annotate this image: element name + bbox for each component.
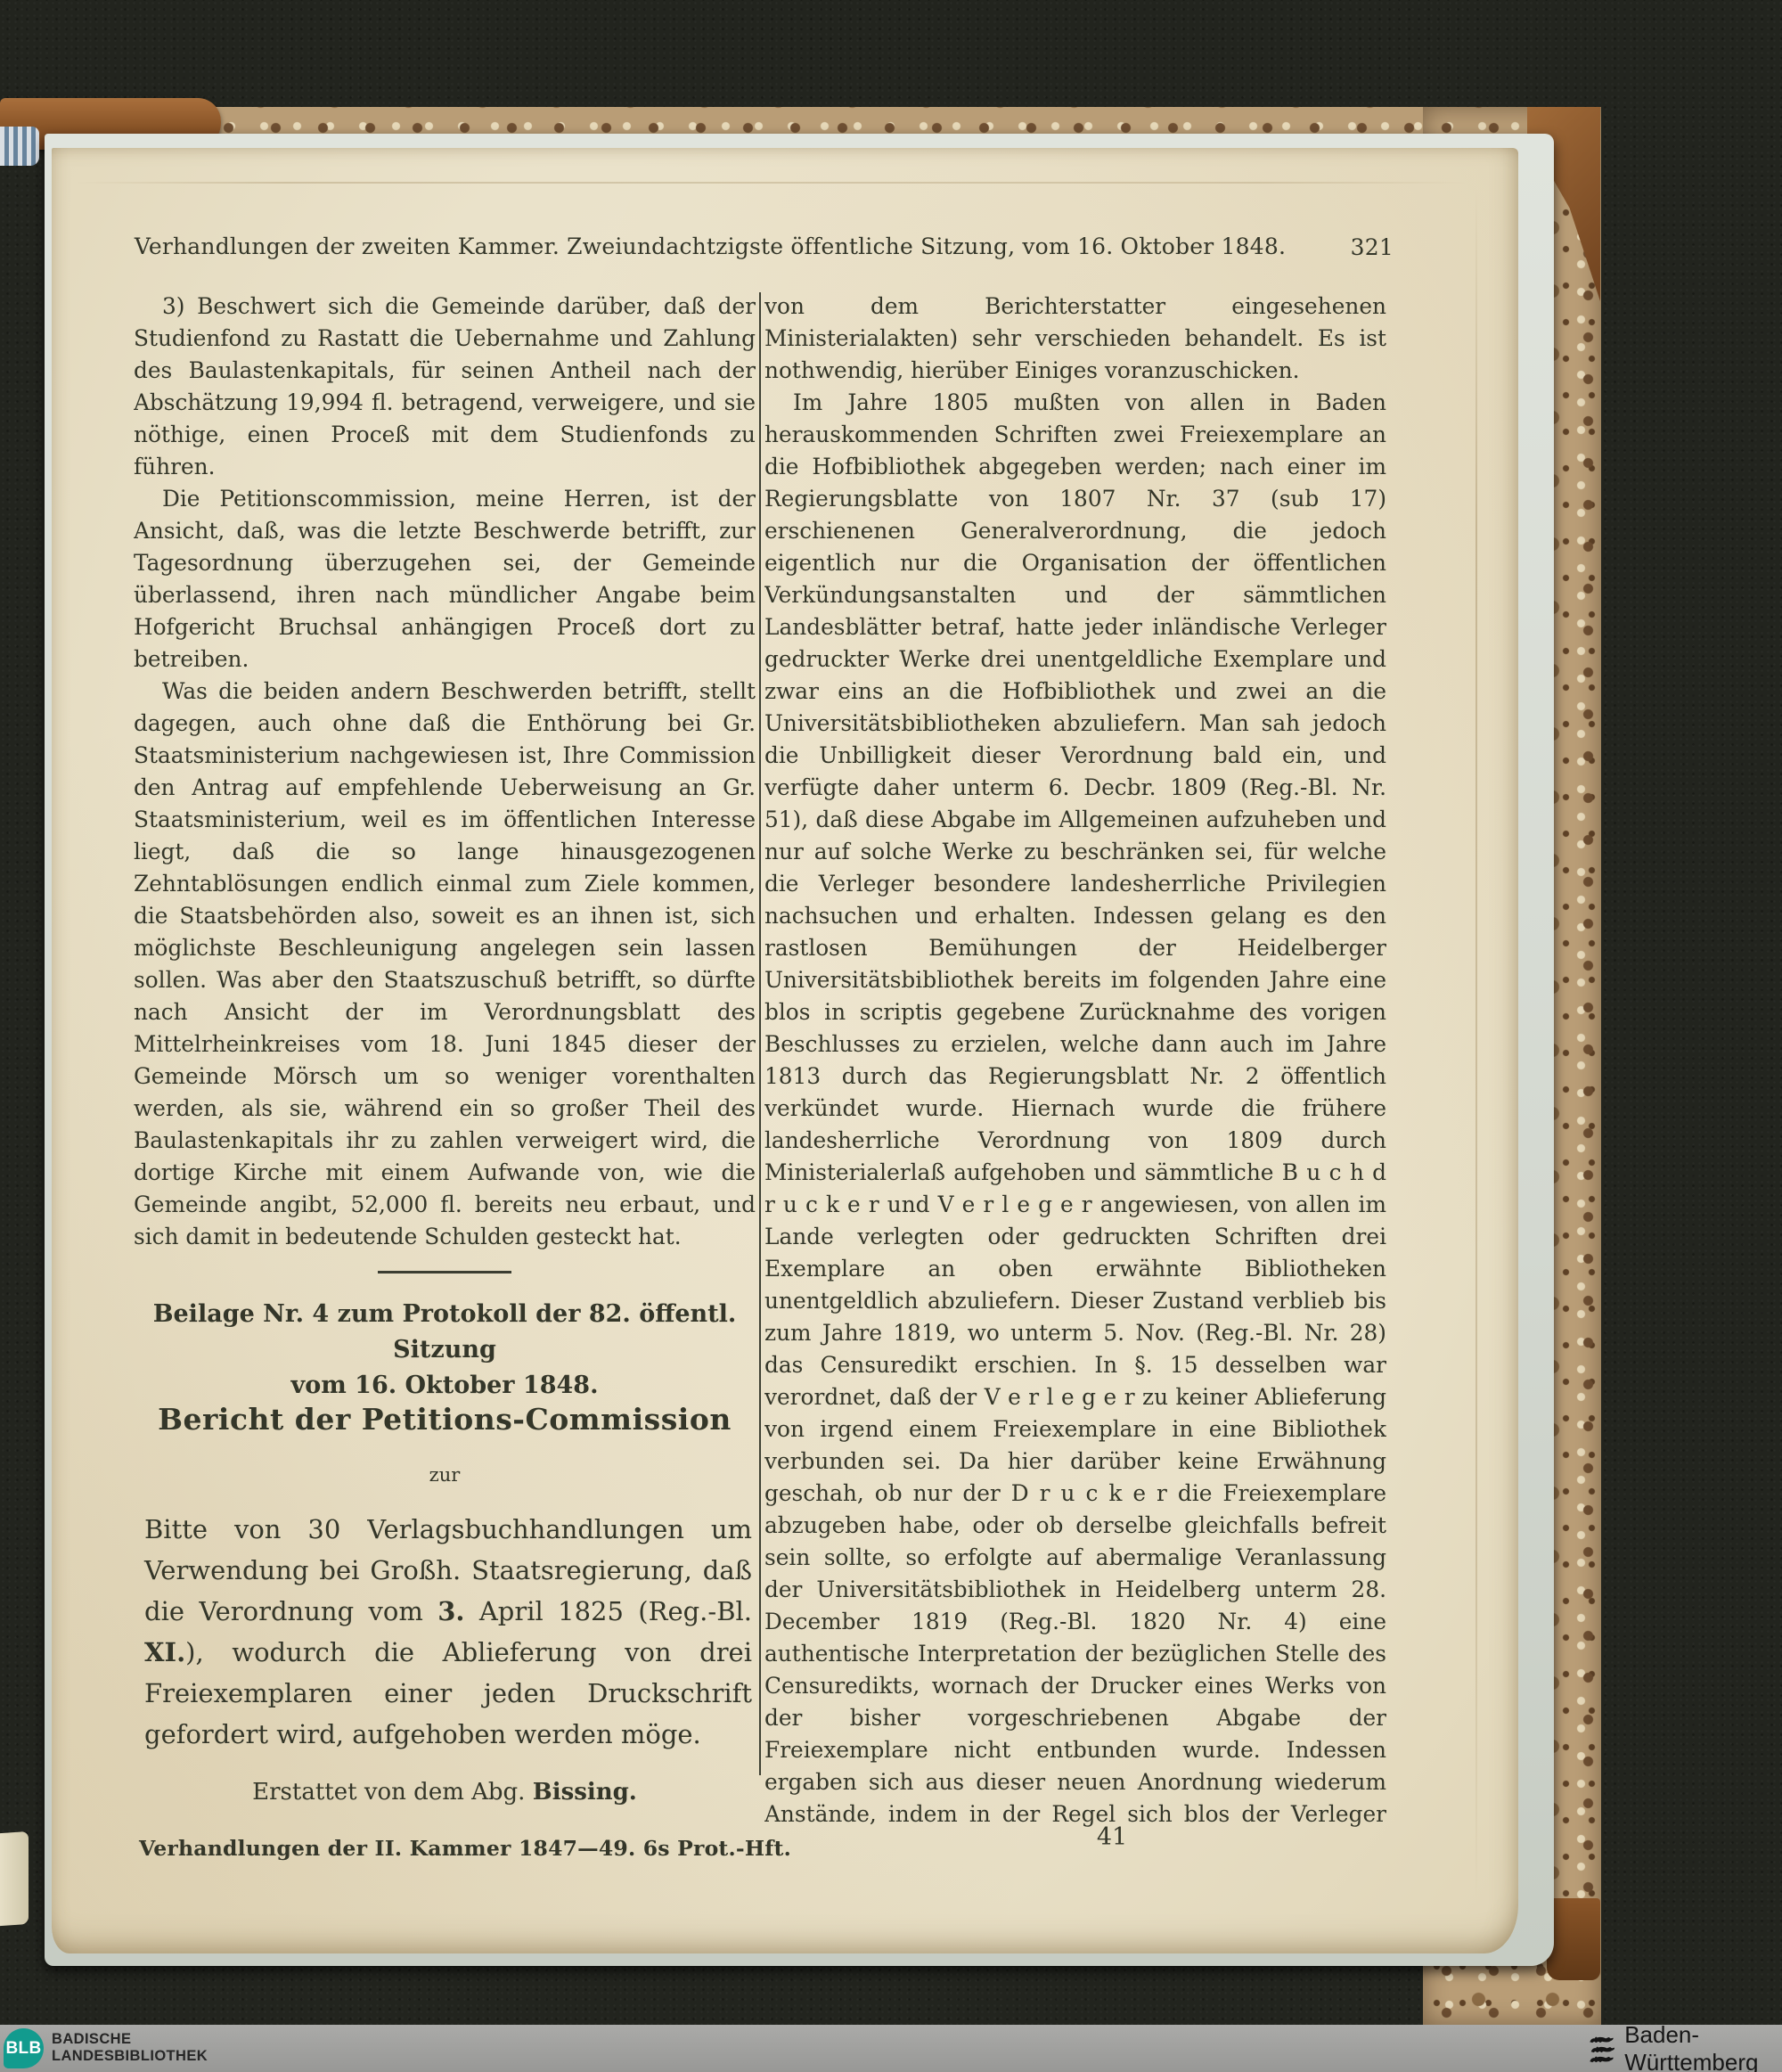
- section-divider-rule: [378, 1271, 511, 1274]
- state-name: Baden-Württemberg: [1624, 2021, 1782, 2072]
- appendix-caption-line2: vom 16. Oktober 1848.: [291, 1372, 599, 1399]
- appendix-caption: Beilage Nr. 4 zum Protokoll der 82. öffe…: [134, 1297, 756, 1404]
- report-heading: Bericht der Petitions-Commission: [134, 1404, 756, 1436]
- rapporteur-prefix: Erstattet von dem Abg.: [252, 1779, 533, 1806]
- running-header-title: Verhandlungen der zweiten Kammer. Zweiun…: [134, 233, 1394, 259]
- left-column: 3) Beschwert sich die Gemeinde darüber, …: [134, 291, 756, 1827]
- baden-wuerttemberg-coat-of-arms-icon: [1589, 2029, 1615, 2068]
- book-scan-viewer: Verhandlungen der zweiten Kammer. Zweiun…: [0, 0, 1782, 2072]
- appendix-caption-line1: Beilage Nr. 4 zum Protokoll der 82. öffe…: [153, 1300, 737, 1364]
- previous-page-edge: [0, 1831, 29, 1926]
- library-name-line2: LANDESBIBLIOTHEK: [52, 2048, 208, 2064]
- petition-bold-number: XI.: [144, 1637, 185, 1667]
- paragraph: Die Petitionscommission, meine Herren, i…: [134, 483, 756, 676]
- rapporteur-name: Bissing.: [533, 1779, 637, 1806]
- page-number: 321: [1351, 234, 1394, 260]
- text-columns: 3) Beschwert sich die Gemeinde darüber, …: [134, 291, 1394, 1827]
- rapporteur-line: Erstattet von dem Abg. Bissing.: [134, 1776, 756, 1808]
- running-header: Verhandlungen der zweiten Kammer. Zweiun…: [134, 233, 1394, 259]
- state-branding: Baden-Württemberg: [1589, 2028, 1782, 2068]
- leather-corner-bottom-right: [1547, 1898, 1600, 1980]
- library-name: BADISCHE LANDESBIBLIOTHEK: [52, 2031, 208, 2065]
- endband-stripes: [0, 127, 39, 166]
- paragraph: 3) Beschwert sich die Gemeinde darüber, …: [134, 291, 756, 483]
- report-preposition: zur: [134, 1459, 756, 1491]
- scanned-page: Verhandlungen der zweiten Kammer. Zweiun…: [52, 148, 1518, 1953]
- petition-segment: April 1825 (Reg.-Bl.: [465, 1596, 753, 1626]
- paragraph: Im Jahre 1805 mußten von allen in Baden …: [764, 387, 1386, 1827]
- column-divider-rule: [759, 292, 761, 1775]
- sheet-number: 41: [1023, 1823, 1201, 1851]
- volume-signature-line: Verhandlungen der II. Kammer 1847—49. 6s…: [139, 1836, 791, 1861]
- viewer-footer-bar: BLB BADISCHE LANDESBIBLIOTHEK Baden-Würt…: [0, 2025, 1782, 2072]
- right-column: von dem Berichterstatter eingesehenen Mi…: [764, 291, 1386, 1827]
- paragraph: von dem Berichterstatter eingesehenen Mi…: [764, 291, 1386, 387]
- paragraph: Was die beiden andern Beschwerden betrif…: [134, 676, 756, 1253]
- blb-logo-icon: BLB: [4, 2028, 44, 2068]
- library-name-line1: BADISCHE: [52, 2031, 131, 2047]
- petition-text: Bitte von 30 Verlagsbuchhandlungen um Ve…: [134, 1509, 756, 1755]
- page-crease-horizontal: [77, 182, 1467, 184]
- page-crease-vertical: [1475, 187, 1477, 1898]
- petition-segment: ), wodurch die Ablieferung von drei Frei…: [144, 1637, 752, 1749]
- petition-bold-date: 3.: [437, 1596, 464, 1626]
